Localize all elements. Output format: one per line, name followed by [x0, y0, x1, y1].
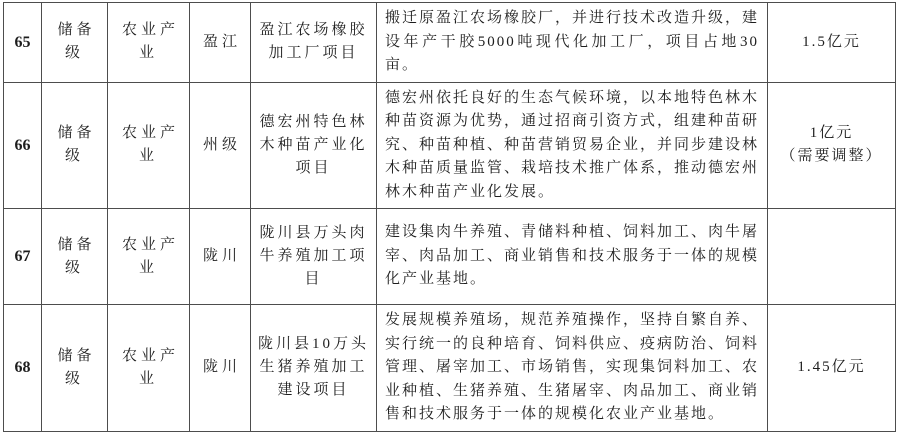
project-description: 搬迁原盈江农场橡胶厂，并进行技术改造升级，建设年产干胶5000吨现代化加工厂，项…: [377, 3, 768, 83]
row-number: 68: [4, 305, 42, 408]
project-level: 储备级: [42, 82, 108, 209]
industry-category: 农业产业: [108, 305, 190, 408]
investment-amount: 1亿元 （需要调整）: [768, 82, 896, 209]
project-location: 盈江: [190, 3, 251, 83]
project-name: 盈江农场橡胶加工厂项目: [251, 3, 377, 83]
project-level: 储备级: [42, 209, 108, 305]
industry-category: 农业产业: [108, 82, 190, 209]
investment-amount: 1.45亿元: [768, 305, 896, 408]
row-number: 65: [4, 3, 42, 83]
row-number: 67: [4, 209, 42, 305]
project-location: 陇川: [190, 305, 251, 408]
table-row: 66 储备级 农业产业 州级 德宏州特色林木种苗产业化项目 德宏州依托良好的生态…: [4, 82, 896, 209]
project-name: 陇川县万头肉牛养殖加工项目: [251, 209, 377, 305]
table-row: 65 储备级 农业产业 盈江 盈江农场橡胶加工厂项目 搬迁原盈江农场橡胶厂，并进…: [4, 3, 896, 83]
industry-category: 农业产业: [108, 3, 190, 83]
investment-amount: 1.5亿元: [768, 3, 896, 83]
investment-note: （需要调整）: [774, 145, 889, 168]
project-location: 州级: [190, 82, 251, 209]
investment-amount: [768, 209, 896, 305]
table-row: 68 储备级 农业产业 陇川 陇川县10万头生猪养殖加工建设项目 发展规模养殖场…: [4, 305, 896, 408]
project-description: 德宏州依托良好的生态气候环境，以本地特色林木种苗资源为优势，通过招商引资方式，组…: [377, 82, 768, 209]
project-level: 储备级: [42, 305, 108, 408]
industry-category: 农业产业: [108, 209, 190, 305]
project-description: 发展规模养殖场，规范养殖操作，坚持自繁自养、实行统一的良种培育、饲料供应、疫病防…: [377, 305, 768, 408]
project-list-table: 65 储备级 农业产业 盈江 盈江农场橡胶加工厂项目 搬迁原盈江农场橡胶厂，并进…: [3, 2, 896, 407]
project-description: 建设集肉牛养殖、青储料种植、饲料加工、肉牛屠宰、肉品加工、商业销售和技术服务于一…: [377, 209, 768, 305]
project-name: 陇川县10万头生猪养殖加工建设项目: [251, 305, 377, 408]
investment-value: 1亿元: [774, 122, 889, 145]
investment-value: 1.45亿元: [774, 356, 889, 379]
investment-value: 1.5亿元: [774, 31, 889, 54]
project-location: 陇川: [190, 209, 251, 305]
project-name: 德宏州特色林木种苗产业化项目: [251, 82, 377, 209]
project-level: 储备级: [42, 3, 108, 83]
row-number: 66: [4, 82, 42, 209]
table-row: 67 储备级 农业产业 陇川 陇川县万头肉牛养殖加工项目 建设集肉牛养殖、青储料…: [4, 209, 896, 305]
